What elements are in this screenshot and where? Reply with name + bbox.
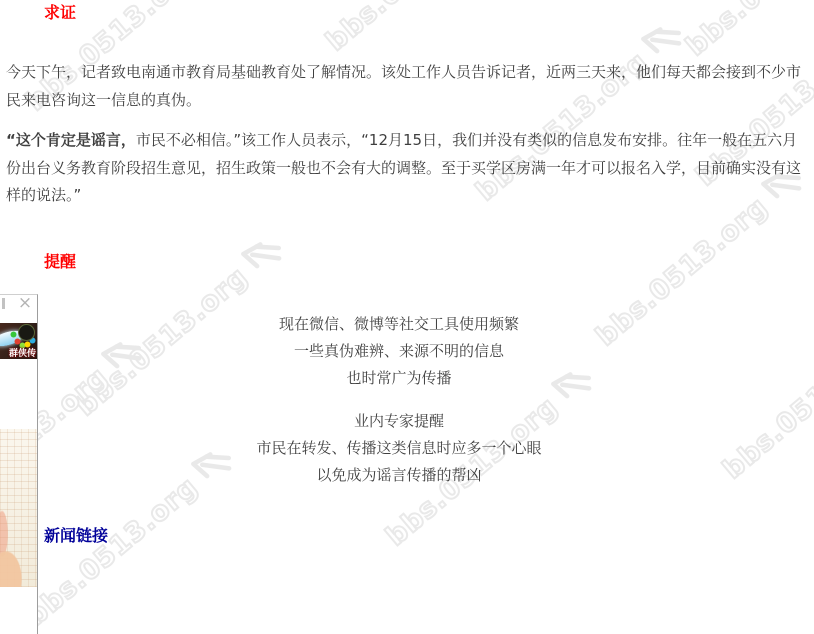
close-icon[interactable]: × <box>17 294 33 312</box>
notice-line: 也时常广为传播 <box>0 365 798 392</box>
notice-line: 业内专家提醒 <box>0 408 798 435</box>
popup-partial-icon <box>2 298 5 309</box>
popup-ad-panel: × 群侠传 <box>0 294 38 634</box>
paragraph-verification-2: “这个肯定是谣言，市民不必相信。”该工作人员表示，“12月15日，我们并没有类似… <box>6 127 807 210</box>
section-heading-verification: 求证 <box>44 4 76 22</box>
person-ad-image[interactable] <box>0 429 37 587</box>
notice-line: 市民在转发、传播这类信息时应多一个心眼 <box>0 435 798 462</box>
notice-line: 现在微信、微博等社交工具使用频繁 <box>0 311 798 338</box>
article-content: 求证 今天下午，记者致电南通市教育局基础教育处了解情况。该处工作人员告诉记者，近… <box>0 0 814 634</box>
ad-caption: 群侠传 <box>9 346 36 359</box>
section-heading-reminder: 提醒 <box>44 253 76 271</box>
section-heading-news-link: 新闻链接 <box>44 527 108 545</box>
notice-block-1: 现在微信、微博等社交工具使用频繁 一些真伪难辨、来源不明的信息 也时常广为传播 <box>0 311 798 392</box>
notice-block-2: 业内专家提醒 市民在转发、传播这类信息时应多一个心眼 以免成为谣言传播的帮凶 <box>0 408 798 489</box>
notice-line: 以免成为谣言传播的帮凶 <box>0 462 798 489</box>
paragraph-bold-lead: “这个肯定是谣言， <box>6 131 136 149</box>
paragraph-verification-1: 今天下午，记者致电南通市教育局基础教育处了解情况。该处工作人员告诉记者，近两三天… <box>6 59 807 114</box>
game-ad-image[interactable]: 群侠传 <box>0 323 37 359</box>
ad-emblem-graphic <box>18 324 35 341</box>
notice-line: 一些真伪难辨、来源不明的信息 <box>0 338 798 365</box>
